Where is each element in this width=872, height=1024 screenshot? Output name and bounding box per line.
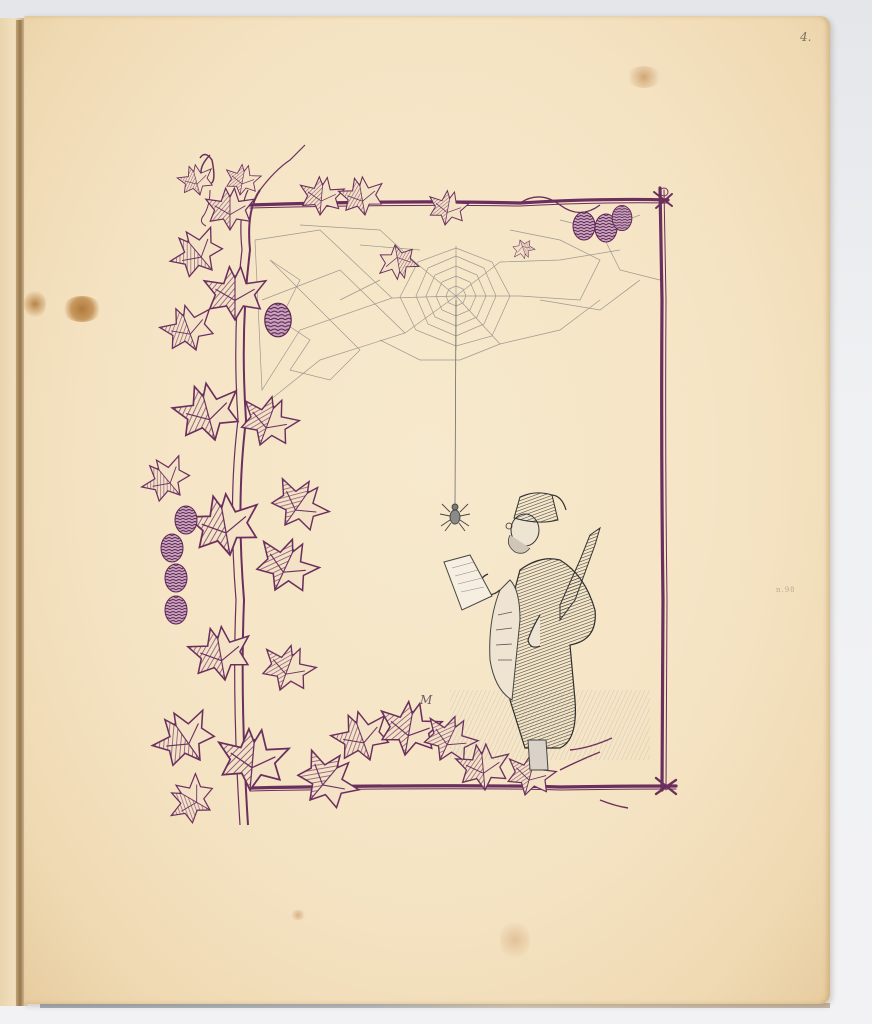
hop-cone	[165, 564, 187, 592]
spider	[440, 504, 470, 531]
hop-leaf	[162, 768, 222, 831]
hop-leaf	[510, 236, 537, 261]
hop-cone	[573, 212, 595, 240]
hop-leaf	[206, 188, 254, 230]
hop-leaf	[298, 175, 345, 217]
hop-leaf	[337, 174, 387, 219]
hop-cone	[165, 596, 187, 624]
hop-cone	[175, 506, 197, 534]
hop-leaf	[247, 529, 325, 603]
hop-leaf	[223, 162, 263, 198]
hop-leaf	[426, 188, 471, 229]
hop-leaf	[185, 622, 255, 685]
hop-cone	[161, 534, 183, 562]
hop-leaf	[135, 447, 199, 510]
hop-leaf	[175, 161, 217, 199]
hop-leaf	[144, 699, 225, 778]
hop-cone	[612, 205, 632, 230]
hop-leaf	[262, 468, 337, 541]
hop-leaf	[168, 376, 247, 448]
hop-cone	[265, 303, 291, 337]
hop-leaf	[162, 218, 232, 287]
hop-leaf	[255, 638, 320, 699]
spider-thread	[455, 300, 456, 505]
hop-leaf	[215, 726, 290, 793]
spider-web	[255, 215, 660, 400]
hop-leaf	[376, 242, 421, 283]
illustration	[0, 0, 872, 1024]
